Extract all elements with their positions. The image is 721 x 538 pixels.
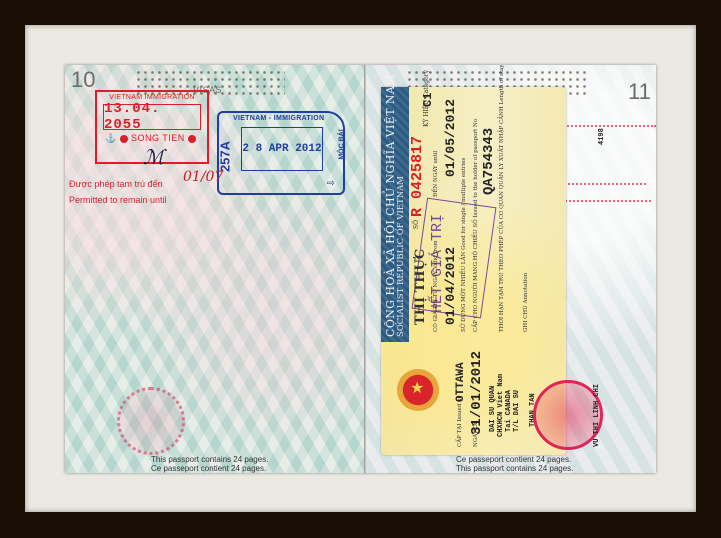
- dot-icon: [120, 135, 128, 143]
- page-count-en: This passport contains 24 pages.: [151, 455, 268, 464]
- page-count-note: Ce passeport contient 24 pages. This pas…: [456, 455, 573, 473]
- issuer-line: DAI SU QUAN: [489, 386, 497, 432]
- stamp-header: VIETNAM IMMIGRATION: [97, 94, 207, 101]
- visa-number-prefix: R: [409, 208, 426, 217]
- exit-arrow-icon: ⇨: [327, 178, 335, 189]
- issued-at: OTTAWA: [455, 362, 467, 402]
- stamp-number: 13.04. 2055: [103, 104, 201, 130]
- stamp-header: VIETNAM - IMMIGRATION: [233, 115, 324, 122]
- stay-label: THỜI HẠN TẠM TRÚ THEO PHÉP CỦA CƠ QUAN Q…: [499, 331, 505, 332]
- faded-stamp-line: [556, 125, 656, 127]
- faded-stamp-line: [556, 183, 646, 185]
- issued-at-label: CẤP TẠI Issued at: [457, 396, 463, 447]
- issued-on-date: 31/01/2012: [469, 351, 485, 435]
- stamp-port: MỘC BÀI: [338, 129, 345, 159]
- signature-scribble: ℳ: [143, 145, 164, 169]
- national-emblem-icon: [397, 369, 439, 411]
- visa-sticker: CỘNG HOÀ XÃ HỘI CHỦ NGHĨA VIỆT NAM SOCIA…: [381, 87, 566, 455]
- port-name: SONG TIEN: [131, 133, 185, 143]
- entries-label: SỬ DỤNG MỘT NHIỀU LẦN Good for single / …: [461, 158, 467, 332]
- page-count-en: This passport contains 24 pages.: [456, 464, 573, 473]
- until-label: ĐẾN NGÀY until: [433, 151, 439, 197]
- faded-stamp-line: [556, 200, 651, 202]
- passport-page-left: 10 VISAS VIETNAM IMMIGRATION 13.04. 2055…: [65, 65, 366, 473]
- page-number: 10: [71, 67, 95, 93]
- number-label: SỐ: [413, 220, 420, 229]
- exit-stamp-blue: VIETNAM - IMMIGRATION 257A 2 8 APR 2012 …: [217, 111, 345, 195]
- passport-number: QA754343: [481, 128, 497, 195]
- page-count-note: This passport contains 24 pages. Ce pass…: [151, 455, 268, 473]
- passport-page-right: 11 4198 CỘNG HOÀ XÃ HỘI CHỦ NGHĨA VIỆT N…: [366, 65, 656, 473]
- handwritten-date: 01/07: [183, 169, 223, 185]
- stamp-date: 2 8 APR 2012: [241, 127, 323, 171]
- open-passport: 10 VISAS VIETNAM IMMIGRATION 13.04. 2055…: [65, 65, 656, 473]
- faded-stamp: [117, 387, 185, 455]
- issuer-line: T/L DAI SU: [513, 390, 521, 432]
- visa-number: 0425817: [409, 136, 426, 199]
- page-count-fr: Ce passeport contient 24 pages.: [151, 464, 268, 473]
- valid-from-date: 01/04/2012: [443, 247, 458, 325]
- visa-title: THỊ THỰC: [413, 249, 428, 325]
- visa-category: C1: [421, 93, 435, 107]
- permitted-stay-label-vn: Được phép tạm trú đến: [69, 179, 162, 189]
- country-name-en: SOCIALIST REPUBLIC OF VIETNAM: [396, 176, 406, 337]
- dot-icon: [188, 135, 196, 143]
- annotation-label: GHI CHÚ Annotation: [523, 273, 529, 332]
- valid-from-label: CÓ GIÁ TRỊ TỪ NGÀY Valid from: [433, 240, 439, 332]
- page-count-fr: Ce passeport contient 24 pages.: [456, 455, 573, 464]
- signatory-name: VU THI LINH CHI: [593, 384, 601, 447]
- page-number: 11: [628, 79, 651, 105]
- passport-label: CẤP CHO NGƯỜI MANG HỘ CHIẾU SỐ Issued to…: [473, 119, 479, 332]
- serial-number: 4198: [598, 128, 606, 145]
- permitted-stay-label-en: Permitted to remain until: [69, 195, 167, 205]
- stamp-port: ⚓SONG TIEN: [97, 133, 207, 144]
- until-date: 01/05/2012: [443, 99, 458, 177]
- anchor-icon: ⚓: [105, 133, 117, 143]
- issuer-line: Tai CANADA: [505, 390, 513, 432]
- issuer-line: CHXHCN Viet Nam: [497, 374, 505, 437]
